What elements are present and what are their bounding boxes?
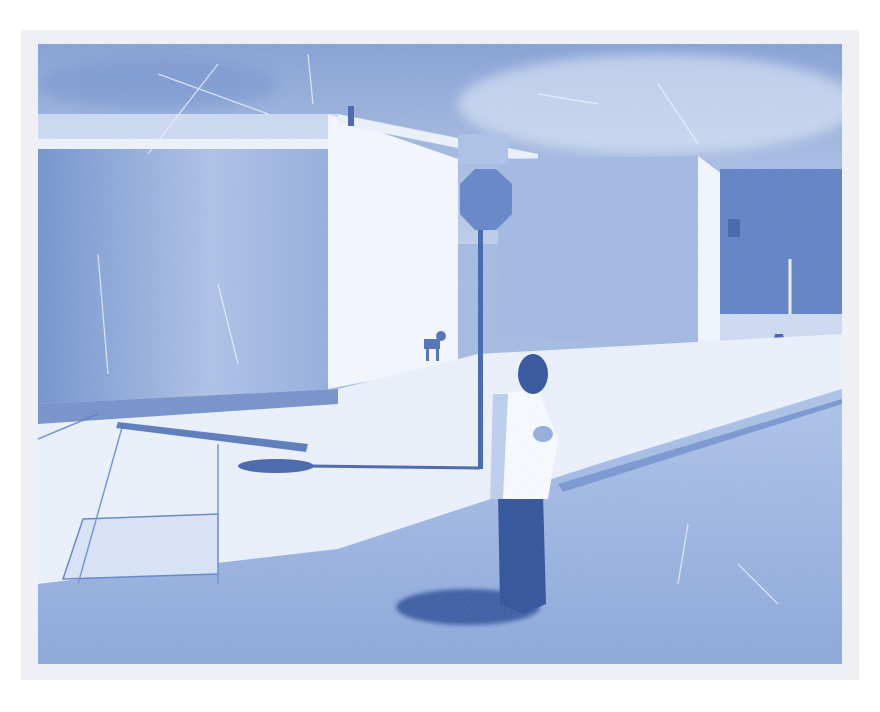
photo-scene	[38, 44, 842, 664]
cyanotype-photo	[38, 44, 842, 664]
